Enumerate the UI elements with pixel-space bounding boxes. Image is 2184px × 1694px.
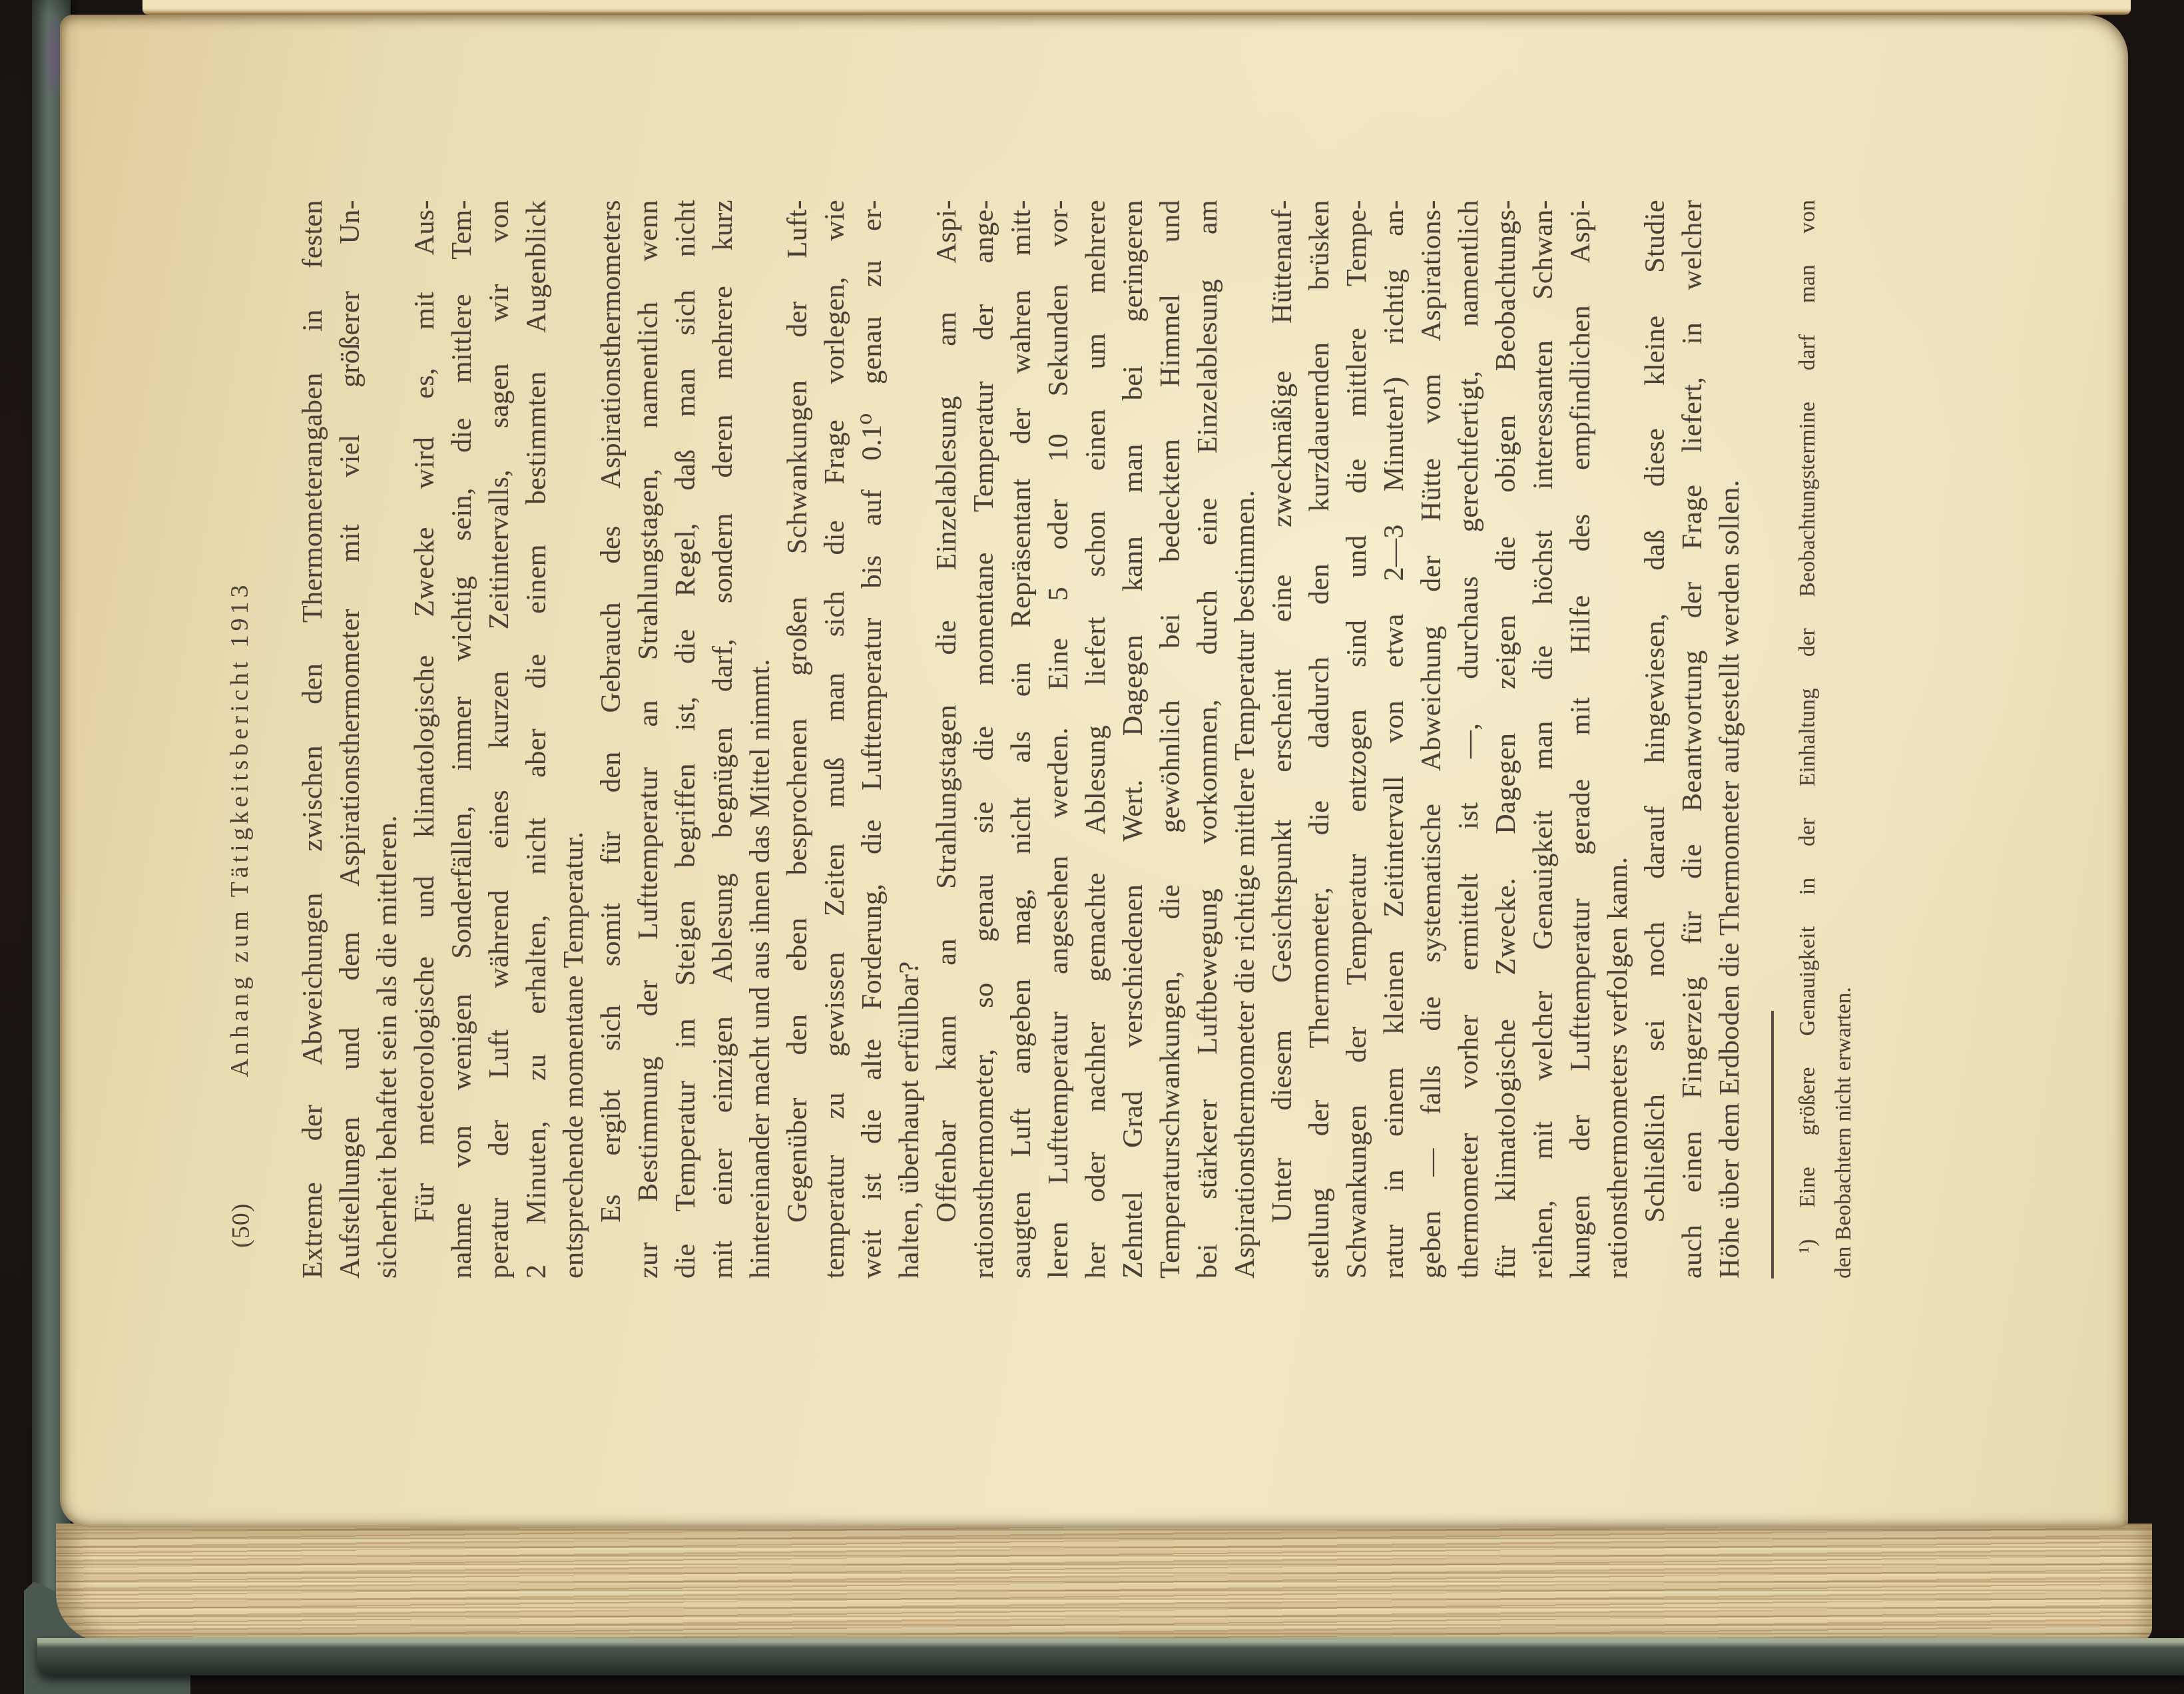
text-line: Schwankungen der Temperatur entzogen sin… <box>1338 200 1376 1278</box>
text-line: Zehntel Grad verschiedenen Wert. Dagegen… <box>1115 200 1152 1278</box>
text-line: Aufstellungen und dem Aspirationsthermom… <box>332 200 369 1278</box>
text-line: her oder nachher gemachte Ablesung liefe… <box>1077 200 1115 1278</box>
text-line: Für meteorologische und klimatologische … <box>406 200 443 1278</box>
text-line: mit einer einzigen Ablesung begnügen dar… <box>704 200 742 1278</box>
text-line: zur Bestimmung der Lufttemperatur an Str… <box>630 200 667 1278</box>
text-line: Schließlich sei noch darauf hingewiesen,… <box>1637 200 1674 1278</box>
text-line: bei stärkerer Luftbewegung vorkommen, du… <box>1189 200 1227 1278</box>
text-line: leren Lufttemperatur angesehen werden. E… <box>1040 200 1077 1278</box>
text-line: Unter diesem Gesichtspunkt erscheint ein… <box>1264 200 1301 1278</box>
footnote: ¹) Eine größere Genauigkeit in der Einha… <box>1790 200 1862 1278</box>
footnote-rule <box>1771 1011 1774 1278</box>
scanned-book-photo: { "page": { "folio": "(50)", "running_ti… <box>0 0 2184 1694</box>
body-text: Extreme der Abweichungen zwischen den Th… <box>294 200 1749 1278</box>
text-line: 2 Minuten, zu erhalten, nicht aber die e… <box>518 200 555 1278</box>
text-line: Höhe über dem Erdboden die Thermometer a… <box>1711 200 1749 1278</box>
text-line: geben — falls die systematische Abweichu… <box>1413 200 1450 1278</box>
text-line: für klimatologische Zwecke. Dagegen zeig… <box>1488 200 1525 1278</box>
text-line: nahme von wenigen Sonderfällen, immer wi… <box>443 200 481 1278</box>
text-line: Extreme der Abweichungen zwischen den Th… <box>294 200 332 1278</box>
text-line: saugten Luft angeben mag, nicht als ein … <box>1003 200 1040 1278</box>
text-line: halten, überhaupt erfüllbar? <box>891 200 928 1278</box>
page-top-edge <box>142 0 2131 15</box>
text-line: auch einen Fingerzeig für die Beantwortu… <box>1674 200 1711 1278</box>
text-line: Aspirationsthermometer die richtige mitt… <box>1227 200 1264 1278</box>
text-line: reihen, mit welcher Genauigkeit man die … <box>1525 200 1562 1278</box>
text-line: kungen der Lufttemperatur gerade mit Hil… <box>1562 200 1599 1278</box>
footnote-line: ¹) Eine größere Genauigkeit in der Einha… <box>1790 200 1826 1278</box>
text-line: Temperaturschwankungen, die gewöhnlich b… <box>1152 200 1189 1278</box>
text-line: hintereinander macht und aus ihnen das M… <box>742 200 779 1278</box>
page-folio: (50) <box>226 1203 256 1248</box>
text-line: sicherheit behaftet sein als die mittler… <box>369 200 406 1278</box>
text-line: ratur in einem kleinen Zeitintervall von… <box>1376 200 1413 1278</box>
text-line: Es ergibt sich somit für den Gebrauch de… <box>593 200 630 1278</box>
text-line: entsprechende momentane Temperatur. <box>555 200 593 1278</box>
text-line: rationsthermometer, so genau sie die mom… <box>965 200 1003 1278</box>
footnote-line: den Beobachtern nicht erwarten. <box>1826 200 1862 1278</box>
text-line: stellung der Thermometer, die dadurch de… <box>1301 200 1338 1278</box>
text-line: die Temperatur im Steigen begriffen ist,… <box>667 200 704 1278</box>
text-line: thermometer vorher ermittelt ist —, durc… <box>1450 200 1488 1278</box>
rotated-page-content: (50) Anhang zum Tätigkeitsbericht 1913 E… <box>61 13 2152 1645</box>
text-line: Gegenüber den eben besprochenen großen S… <box>779 200 816 1278</box>
page-header-row: (50) Anhang zum Tätigkeitsbericht 1913 <box>225 13 265 1645</box>
text-line: Offenbar kann an Strahlungstagen die Ein… <box>928 200 965 1278</box>
text-line: temperatur zu gewissen Zeiten muß man si… <box>816 200 854 1278</box>
running-header: Anhang zum Tätigkeitsbericht 1913 <box>225 13 254 1645</box>
text-line: rationsthermometers verfolgen kann. <box>1599 200 1637 1278</box>
text-line: weit ist die alte Forderung, die Lufttem… <box>854 200 891 1278</box>
text-line: peratur der Luft während eines kurzen Ze… <box>481 200 518 1278</box>
